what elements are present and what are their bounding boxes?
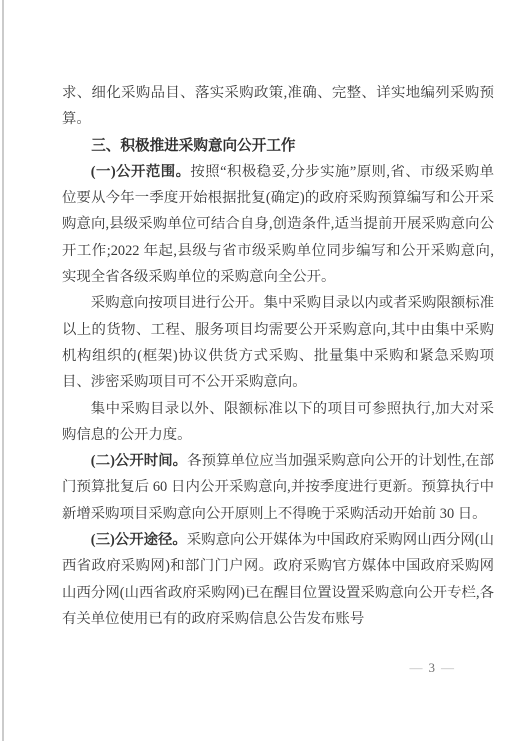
paragraph-time-lead: (二)公开时间。 (91, 453, 187, 469)
paragraph-reference-body: 集中采购目录以外、限额标准以下的项目可参照执行,加大对采购信息的公开力度。 (62, 401, 494, 443)
page-number-value: 3 (425, 660, 442, 675)
paragraph-by-project: 采购意向按项目进行公开。集中采购目录以内或者采购限额标准以上的货物、工程、服务项… (62, 290, 494, 395)
page-number: —3— (410, 659, 457, 677)
page-number-right-dash: — (441, 660, 456, 675)
page-number-left-dash: — (410, 660, 425, 675)
continuation-paragraph: 求、细化采购品目、落实采购政策,准确、完整、详实地编列采购预算。 (62, 80, 494, 133)
paragraph-time: (二)公开时间。各预算单位应当加强采购意向公开的计划性,在部门预算批复后 60 … (62, 448, 494, 527)
document-body: 求、细化采购品目、落实采购政策,准确、完整、详实地编列采购预算。 三、积极推进采… (62, 80, 494, 632)
paragraph-scope: (一)公开范围。按照“积极稳妥,分步实施”原则,省、市级采购单位要从今年一季度开… (62, 159, 494, 290)
paragraph-channel-lead: (三)公开途径。 (91, 532, 187, 548)
paragraph-reference: 集中采购目录以外、限额标准以下的项目可参照执行,加大对采购信息的公开力度。 (62, 396, 494, 449)
section-heading: 三、积极推进采购意向公开工作 (62, 133, 494, 159)
paragraph-scope-body: 按照“积极稳妥,分步实施”原则,省、市级采购单位要从今年一季度开始根据批复(确定… (62, 164, 494, 285)
document-page: 求、细化采购品目、落实采购政策,准确、完整、详实地编列采购预算。 三、积极推进采… (0, 0, 524, 741)
paragraph-scope-lead: (一)公开范围。 (91, 164, 191, 180)
paragraph-by-project-body: 采购意向按项目进行公开。集中采购目录以内或者采购限额标准以上的货物、工程、服务项… (62, 295, 494, 390)
scan-edge-line (2, 0, 4, 741)
paragraph-channel: (三)公开途径。采购意向公开媒体为中国政府采购网山西分网(山西省政府采购网)和部… (62, 527, 494, 632)
